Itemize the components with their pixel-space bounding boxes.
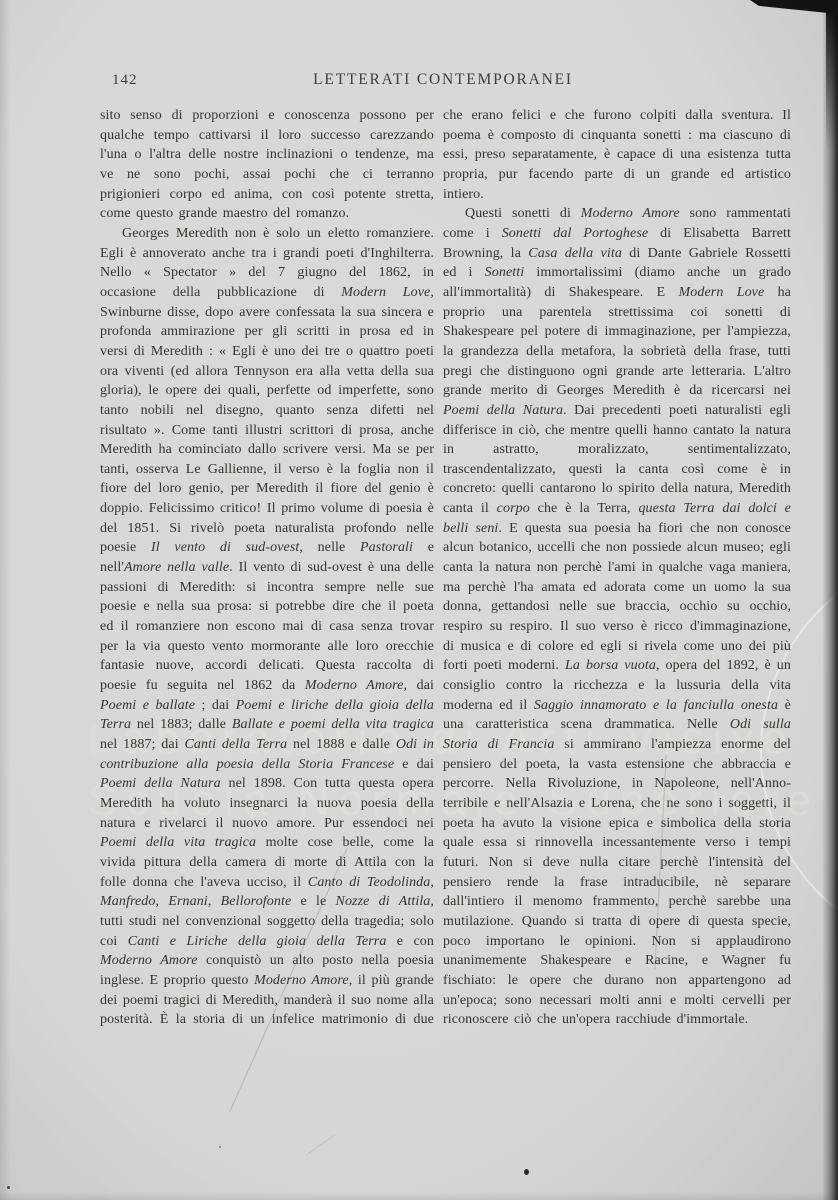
page-number: 142 (112, 72, 138, 89)
scan-top-right-corner-shadow (750, 0, 838, 14)
ink-speck (219, 1146, 221, 1148)
paragraph: sito senso di proporzioni e conoscenza p… (100, 106, 434, 224)
ink-speck (524, 1169, 529, 1175)
paragraph: che erano felici e che furono colpiti da… (443, 106, 791, 204)
scan-right-edge-shadow (822, 0, 838, 1200)
ink-speck (7, 1186, 10, 1189)
scratch-line (306, 1135, 334, 1155)
running-header-title: LETTERATI CONTEMPORANEI (313, 71, 573, 89)
paragraph: Questi sonetti di Moderno Amore sono ram… (443, 204, 791, 1030)
scan-right-edge-top-shadow (826, 0, 838, 150)
scan-left-edge-shadow (0, 0, 10, 1200)
scan-bottom-edge-shadow (0, 1192, 838, 1200)
left-text-column: sito senso di proporzioni e conoscenza p… (100, 106, 434, 1106)
paragraph: Georges Meredith non è solo un eletto ro… (100, 224, 434, 1030)
scanned-book-page: Laboratorio di Arti Visive Scuola Normal… (0, 0, 838, 1200)
right-text-column: che erano felici e che furono colpiti da… (443, 106, 791, 1106)
